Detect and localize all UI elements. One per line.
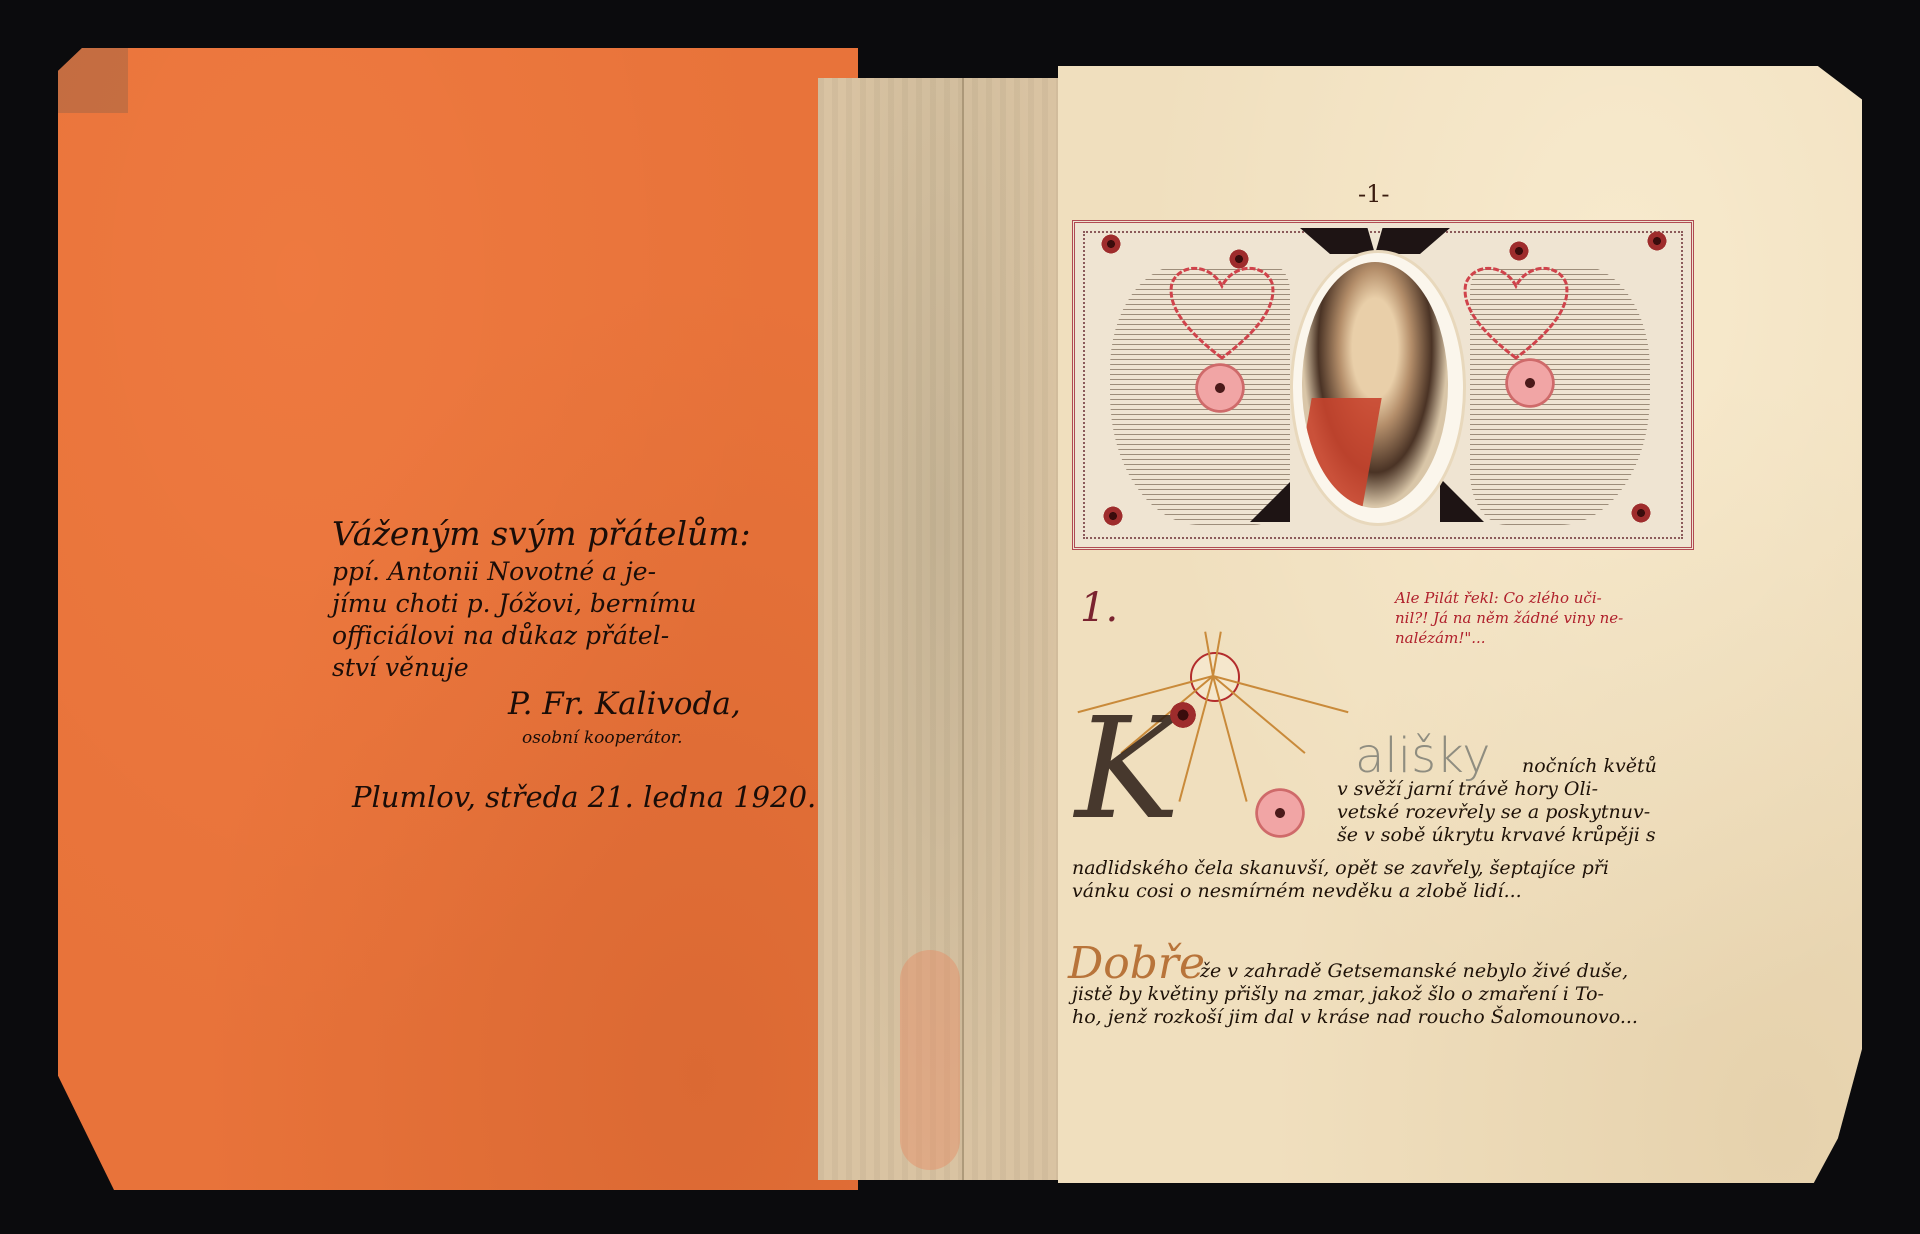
para1-line-5: nadlidského čela skanuvší, opět se zavře… bbox=[1072, 857, 1672, 880]
flower-top-left-icon bbox=[1228, 248, 1250, 270]
para2-line-2: jistě by květiny přišly na zmar, jakož š… bbox=[1072, 983, 1682, 1006]
para1-line-3: vetské rozevřely se a poskytnuv- bbox=[1072, 801, 1672, 824]
dedication-line-3: jímu choti p. Jóžovi, bernímu bbox=[332, 588, 752, 620]
paragraph-1: nočních květů v svěží jarní trávě hory O… bbox=[1072, 755, 1672, 903]
para1-line-6: vánku cosi o nesmírném nevděku a zlobě l… bbox=[1072, 880, 1672, 903]
flower-corner-tl-icon bbox=[1100, 233, 1122, 255]
signature-title: osobní kooperátor. bbox=[522, 728, 683, 748]
red-quote-line-2: nil?! Já na něm žádné viny ne- bbox=[1395, 608, 1655, 628]
pink-flower-right-icon bbox=[1502, 355, 1558, 411]
dedication-line-5: ství věnuje bbox=[332, 652, 752, 684]
red-flower-dropcap-icon bbox=[1168, 700, 1198, 730]
portrait-christ-crown-of-thorns bbox=[1302, 262, 1448, 508]
place-date: Plumlov, středa 21. ledna 1920. bbox=[352, 780, 816, 814]
page-number: -1- bbox=[1358, 180, 1390, 208]
flower-top-right-icon bbox=[1508, 240, 1530, 262]
flower-corner-bl-icon bbox=[1102, 505, 1124, 527]
red-robe bbox=[1302, 398, 1382, 508]
spine-stain bbox=[900, 950, 960, 1170]
red-quote-line-1: Ale Pilát řekl: Co zlého uči- bbox=[1395, 588, 1655, 608]
pink-flower-left-icon bbox=[1192, 360, 1248, 416]
flower-corner-br-icon bbox=[1630, 502, 1652, 524]
dedication-line-4: officiálovi na důkaz přátel- bbox=[332, 620, 752, 652]
paragraph-2: že v zahradě Getsemanské nebylo živé duš… bbox=[1072, 960, 1682, 1029]
para2-line-1: že v zahradě Getsemanské nebylo živé duš… bbox=[1072, 960, 1682, 983]
dedication-line-1: Váženým svým přátelům: bbox=[332, 512, 752, 556]
heart-right-icon bbox=[1456, 258, 1576, 368]
signature: P. Fr. Kalivoda, bbox=[508, 686, 741, 722]
corner-stain bbox=[58, 48, 128, 113]
para2-line-3: ho, jenž rozkoší jim dal v kráse nad rou… bbox=[1072, 1006, 1682, 1029]
red-quote: Ale Pilát řekl: Co zlého uči- nil?! Já n… bbox=[1395, 588, 1655, 648]
dedication-block: Váženým svým přátelům: ppí. Antonii Novo… bbox=[332, 512, 752, 684]
chapter-number: 1. bbox=[1080, 585, 1118, 631]
dedication-line-2: ppí. Antonii Novotné a je- bbox=[332, 556, 752, 588]
flower-corner-tr-icon bbox=[1646, 230, 1668, 252]
red-quote-line-3: nalézám!"... bbox=[1395, 628, 1655, 648]
spine-fold bbox=[962, 78, 964, 1180]
para1-line-4: še v sobě úkrytu krvavé krůpěji s bbox=[1072, 824, 1672, 847]
heart-left-icon bbox=[1162, 258, 1282, 368]
para1-line-1: nočních květů bbox=[1072, 755, 1672, 778]
para1-line-2: v svěží jarní trávě hory Oli- bbox=[1072, 778, 1672, 801]
